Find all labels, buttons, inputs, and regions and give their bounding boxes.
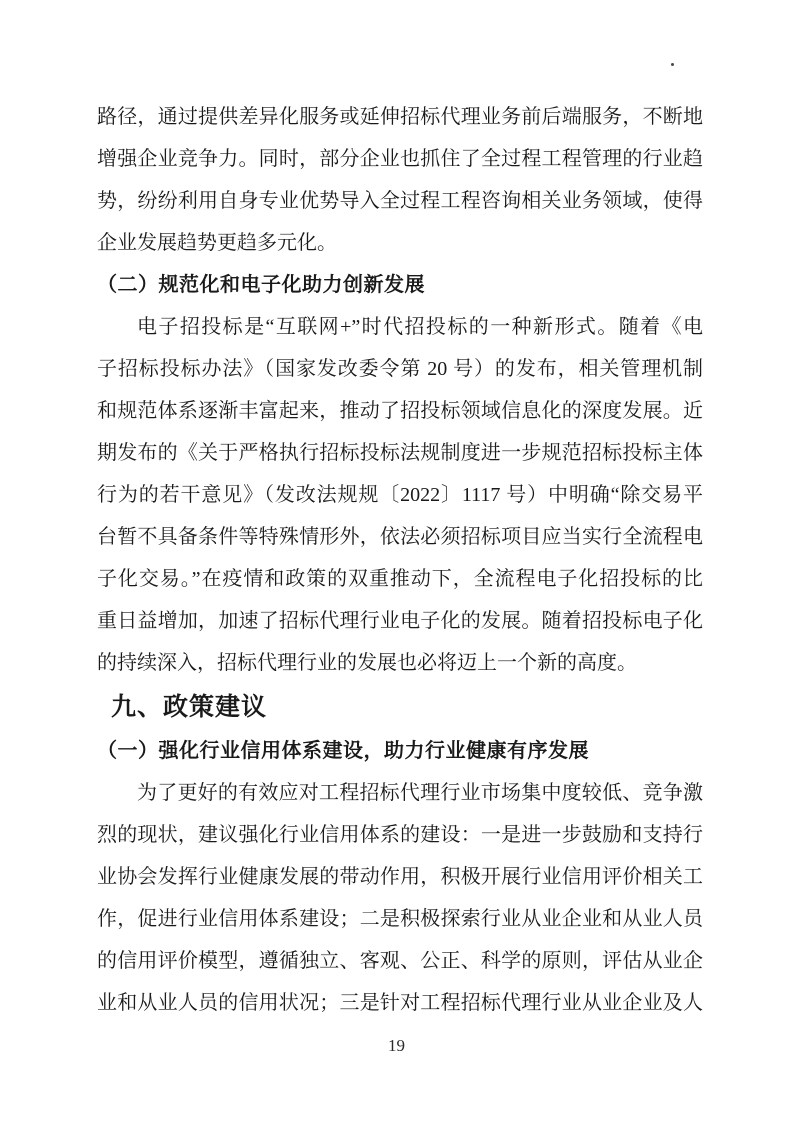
page-body: 路径，通过提供差异化服务或延伸招标代理业务前后端服务，不断地 增强企业竞争力。同…	[97, 96, 703, 1024]
stray-dot-mark	[671, 63, 674, 66]
paragraph-line: 电子招投标是“互联网+”时代招投标的一种新形式。随着《电	[97, 306, 703, 348]
paragraph-line: 和规范体系逐渐丰富起来，推动了招投标领域信息化的深度发展。近	[97, 390, 703, 432]
paragraph-line: 烈的现状，建议强化行业信用体系的建设：一是进一步鼓励和支持行	[97, 814, 703, 856]
page-number: 19	[0, 1036, 793, 1056]
paragraph-line: 业和从业人员的信用状况；三是针对工程招标代理行业从业企业及人	[97, 982, 703, 1024]
paragraph-line: 业协会发挥行业健康发展的带动作用，积极开展行业信用评价相关工	[97, 856, 703, 898]
paragraph-line: 势，纷纷利用自身专业优势导入全过程工程咨询相关业务领域，使得	[97, 180, 703, 222]
paragraph-line: 台暂不具备条件等特殊情形外，依法必须招标项目应当实行全流程电	[97, 516, 703, 558]
paragraph-line: 子化交易。”在疫情和政策的双重推动下，全流程电子化招投标的比	[97, 558, 703, 600]
chapter-heading-policy-recommendations: 九、政策建议	[97, 684, 703, 730]
subsection-heading-1: （一）强化行业信用体系建设，助力行业健康有序发展	[97, 730, 703, 772]
paragraph-line: 子招标投标办法》（国家发改委令第 20 号）的发布，相关管理机制	[97, 348, 703, 390]
paragraph-line: 期发布的《关于严格执行招标投标法规制度进一步规范招标投标主体	[97, 432, 703, 474]
paragraph-e-bidding: 电子招投标是“互联网+”时代招投标的一种新形式。随着《电 子招标投标办法》（国家…	[97, 306, 703, 684]
paragraph-line: 增强企业竞争力。同时，部分企业也抓住了全过程工程管理的行业趋	[97, 138, 703, 180]
paragraph-line: 企业发展趋势更趋多元化。	[97, 222, 703, 264]
document-page: 路径，通过提供差异化服务或延伸招标代理业务前后端服务，不断地 增强企业竞争力。同…	[0, 0, 793, 1122]
paragraph-line: 为了更好的有效应对工程招标代理行业市场集中度较低、竞争激	[97, 772, 703, 814]
subsection-heading-2: （二）规范化和电子化助力创新发展	[97, 264, 703, 306]
paragraph-line: 的信用评价模型，遵循独立、客观、公正、科学的原则，评估从业企	[97, 940, 703, 982]
paragraph-line: 路径，通过提供差异化服务或延伸招标代理业务前后端服务，不断地	[97, 96, 703, 138]
paragraph-line: 作，促进行业信用体系建设；二是积极探索行业从业企业和从业人员	[97, 898, 703, 940]
paragraph-line: 的持续深入，招标代理行业的发展也必将迈上一个新的高度。	[97, 642, 703, 684]
paragraph-credit-system: 为了更好的有效应对工程招标代理行业市场集中度较低、竞争激 烈的现状，建议强化行业…	[97, 772, 703, 1024]
paragraph-diversification: 路径，通过提供差异化服务或延伸招标代理业务前后端服务，不断地 增强企业竞争力。同…	[97, 96, 703, 264]
paragraph-line: 行为的若干意见》（发改法规规〔2022〕1117 号）中明确“除交易平	[97, 474, 703, 516]
paragraph-line: 重日益增加，加速了招标代理行业电子化的发展。随着招投标电子化	[97, 600, 703, 642]
